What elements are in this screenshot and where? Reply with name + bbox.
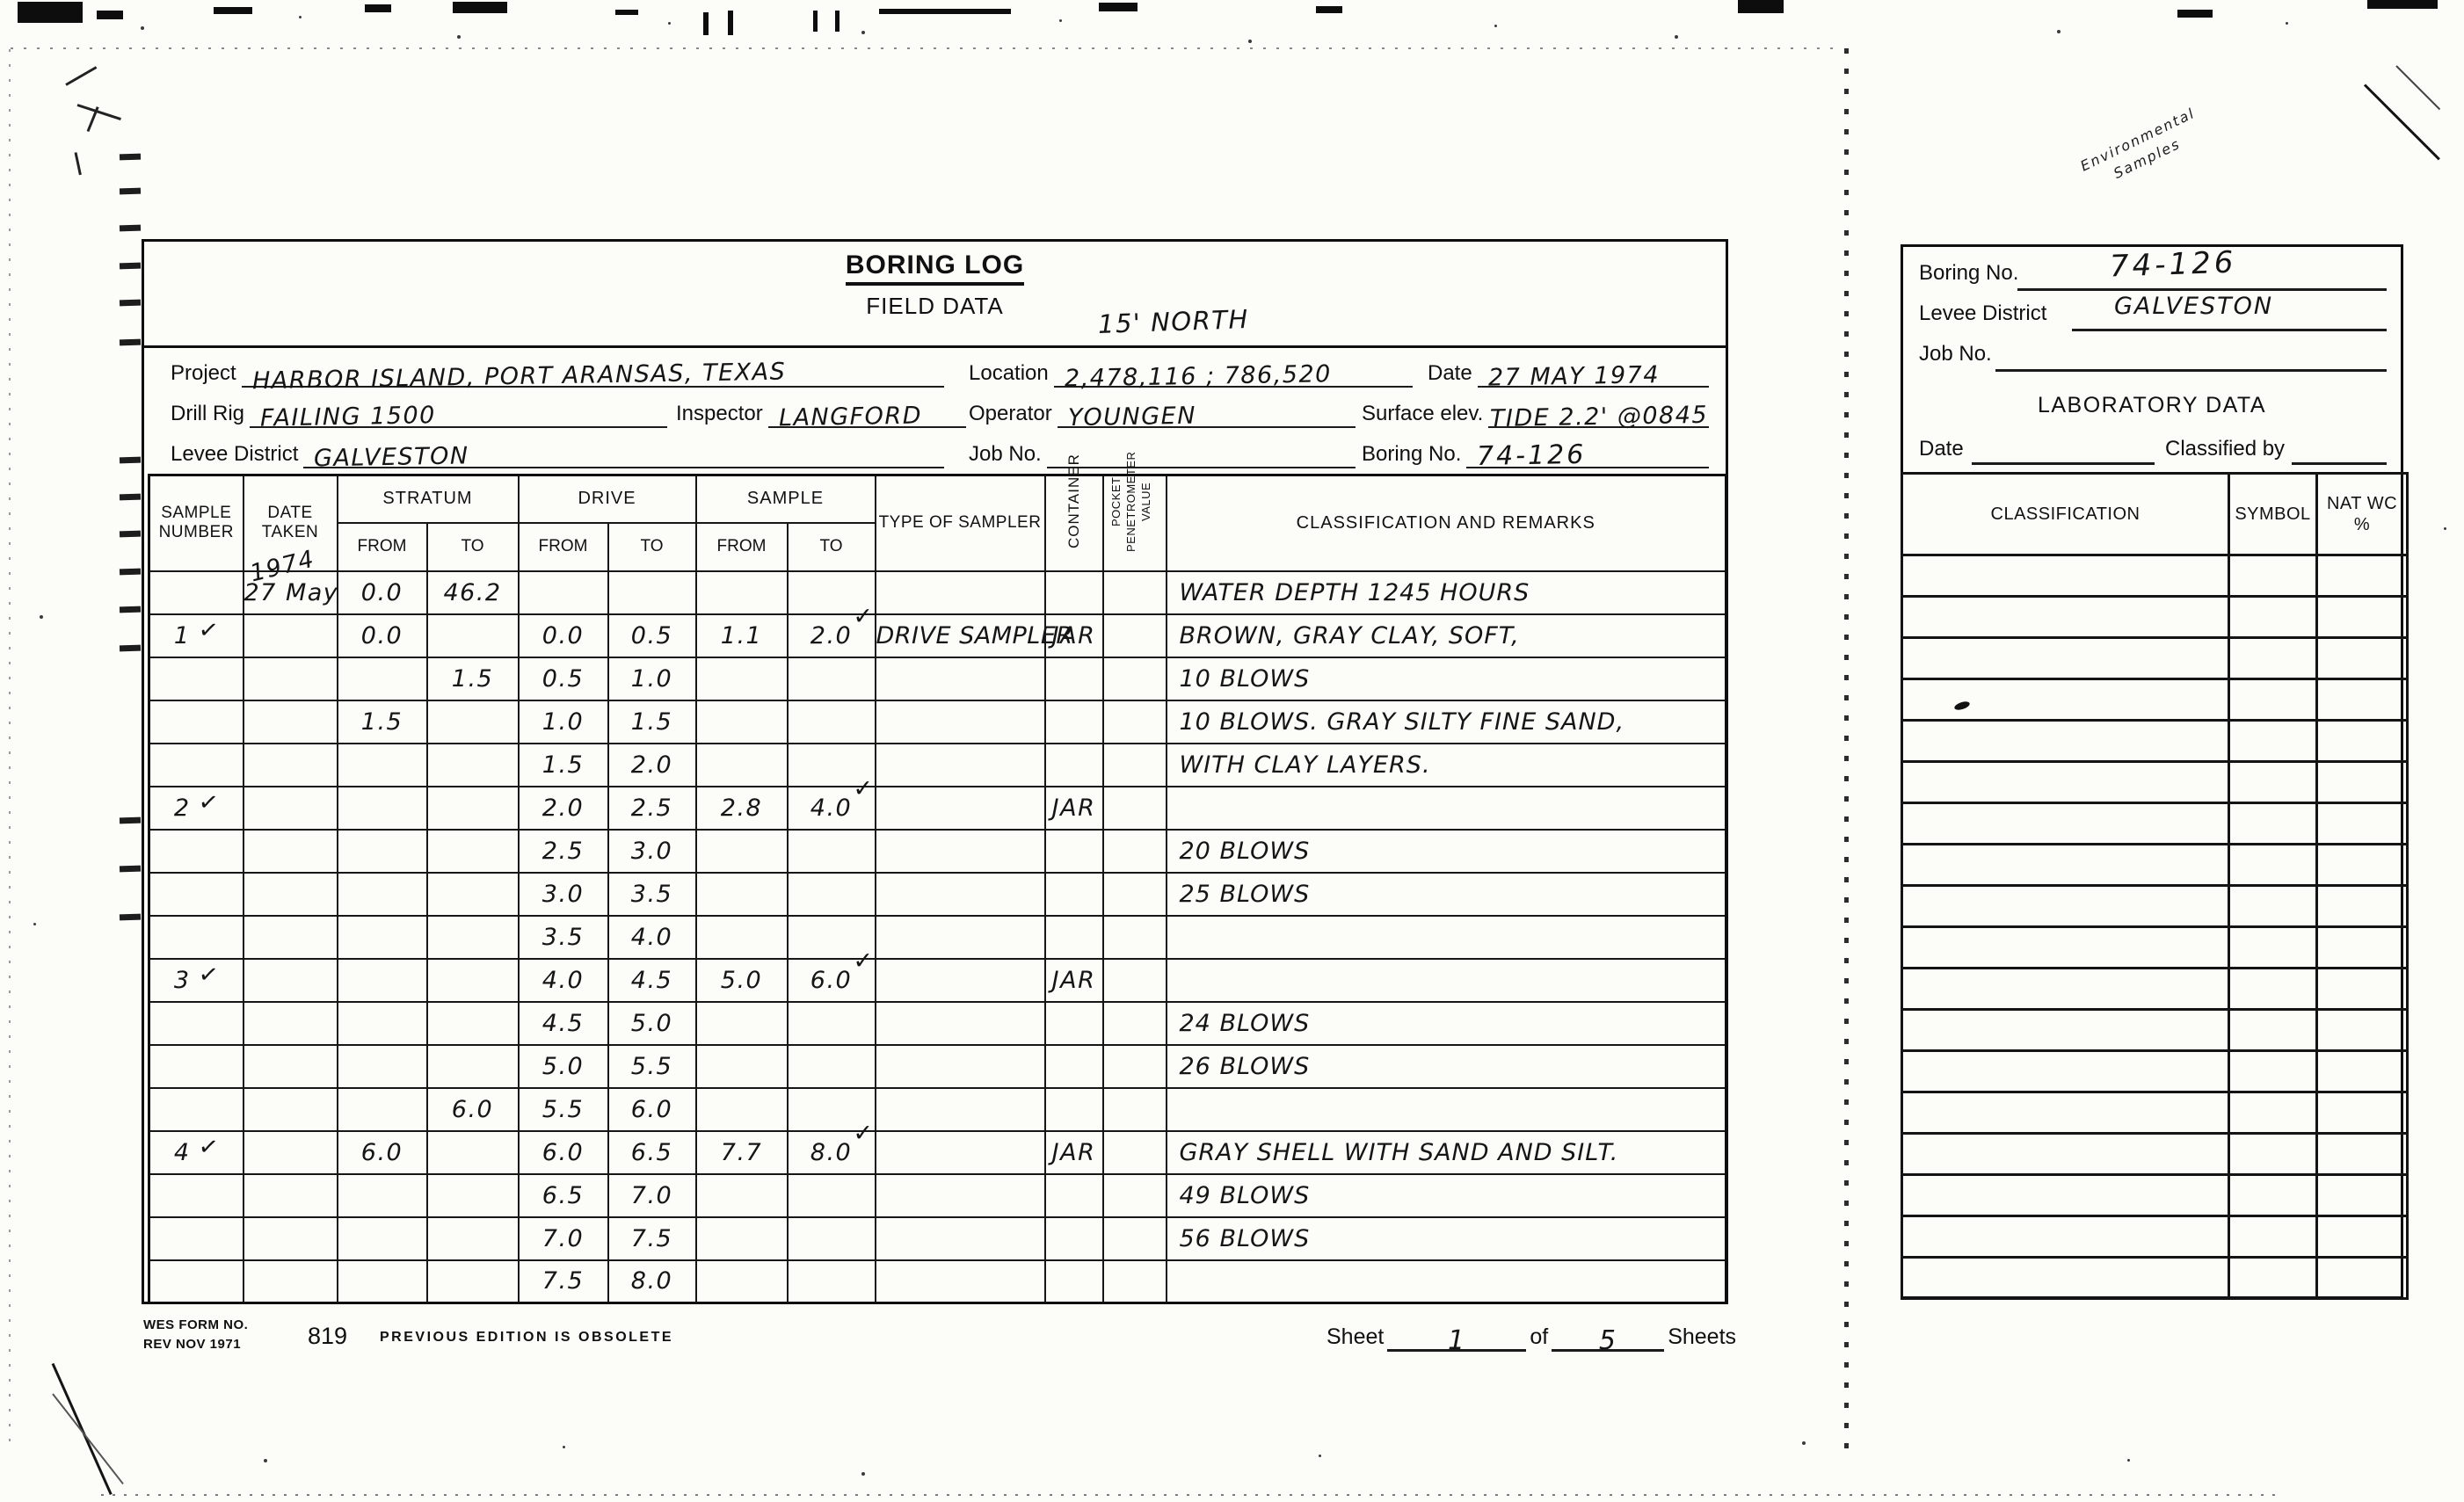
cell-stratum-to [427, 1260, 519, 1303]
cell-stratum-to [427, 1217, 519, 1260]
cell-sample-to [788, 1217, 876, 1260]
cell-drive-from-text: 7.5 [542, 1267, 584, 1295]
cell-sample-number [149, 916, 243, 959]
cell-stratum-from: 6.0 [338, 1131, 427, 1174]
lab-cell-symbol [2229, 1010, 2317, 1051]
rp-levee-district-label: Levee District [1919, 301, 2046, 326]
pocket-penetrometer-vertical-label: POCKET PENETROMETER VALUE [1109, 437, 1160, 567]
cell-drive-from-text: 4.5 [542, 1010, 584, 1037]
col-header-date-taken: DATE TAKEN 1974 [243, 475, 338, 571]
lab-cell-natwc [2317, 1258, 2408, 1299]
lab-cell-classification [1902, 1258, 2229, 1299]
job-no-field: Job No. [969, 430, 1356, 468]
sample-to-header: TO [788, 523, 876, 571]
lab-cell-natwc [2317, 721, 2408, 762]
col-header-sample-number: SAMPLE NUMBER [149, 475, 243, 571]
cell-sample-from [696, 1088, 788, 1131]
cell-sample-number: 1✓ [149, 614, 243, 657]
boring-row: 1.51.01.510 BLOWS. GRAY SILTY FINE SAND, [149, 700, 1726, 744]
location-underline: 2,478,116 ; 786,520 [1054, 349, 1413, 388]
cell-sample-from [696, 1260, 788, 1303]
cell-classification-remarks-text: WATER DEPTH 1245 HOURS [1180, 579, 1530, 606]
rp-date-underline [1972, 435, 2155, 465]
cell-drive-to: 5.0 [608, 1002, 696, 1045]
cell-classification-remarks: 26 BLOWS [1167, 1045, 1726, 1088]
boring-row: 4.55.024 BLOWS [149, 1002, 1726, 1045]
cell-drive-to-text: 1.0 [631, 665, 672, 693]
rp-date-label: Date [1919, 437, 1964, 461]
cell-container [1045, 1002, 1103, 1045]
date-field: Date 27 MAY 1974 [1428, 349, 1709, 388]
boring-log-form: BORING LOG FIELD DATA 15' NORTH Project … [142, 239, 1728, 1304]
date-value: 27 MAY 1974 [1477, 361, 1660, 392]
cell-classification-remarks-text: 10 BLOWS. GRAY SILTY FINE SAND, [1180, 708, 1625, 736]
cell-drive-from: 4.0 [519, 959, 608, 1002]
form-header: BORING LOG FIELD DATA [144, 250, 1726, 320]
cell-stratum-from [338, 1045, 427, 1088]
lab-cell-natwc [2317, 1134, 2408, 1175]
cell-classification-remarks: 49 BLOWS [1167, 1174, 1726, 1217]
cell-classification-remarks: GRAY SHELL WITH SAND AND SILT. [1167, 1131, 1726, 1174]
scan-speckle [2057, 30, 2061, 33]
cell-drive-to-text: 1.5 [631, 708, 672, 736]
scan-speckle [2444, 527, 2446, 530]
cell-sample-from [696, 700, 788, 744]
cell-sample-from: 2.8 [696, 787, 788, 830]
cell-stratum-to [427, 873, 519, 916]
scan-speckle [1319, 1455, 1321, 1457]
scan-artifact [120, 494, 141, 501]
cell-classification-remarks [1167, 1088, 1726, 1131]
boring-row: 3.03.525 BLOWS [149, 873, 1726, 916]
cell-drive-from: 0.0 [519, 614, 608, 657]
boring-row: 2.53.020 BLOWS [149, 830, 1726, 873]
cell-drive-from: 7.0 [519, 1217, 608, 1260]
scan-speckle [457, 35, 461, 39]
cell-classification-remarks-text: WITH CLAY LAYERS. [1180, 751, 1431, 779]
cell-sample-from [696, 1174, 788, 1217]
boring-row: 6.05.56.0 [149, 1088, 1726, 1131]
date-label: Date [1428, 361, 1478, 388]
cell-drive-to-text: 4.0 [631, 924, 672, 951]
lab-cell-symbol [2229, 1092, 2317, 1134]
cell-drive-to: 6.0 [608, 1088, 696, 1131]
lab-cell-symbol [2229, 845, 2317, 886]
cell-sample-number [149, 1045, 243, 1088]
lab-cell-classification [1902, 1092, 2229, 1134]
cell-sample-number [149, 744, 243, 787]
drill-rig-value: FAILING 1500 [250, 402, 436, 432]
col-header-classification-remarks: CLASSIFICATION AND REMARKS [1167, 475, 1726, 571]
cell-pocket-value [1103, 744, 1167, 787]
cell-drive-to: 1.5 [608, 700, 696, 744]
scan-speckle [264, 1459, 267, 1462]
lab-row [1902, 597, 2408, 638]
sheet-no-underline: 1 [1387, 1315, 1526, 1352]
cell-classification-remarks: BROWN, GRAY CLAY, SOFT, [1167, 614, 1726, 657]
cell-stratum-from [338, 744, 427, 787]
lab-row [1902, 927, 2408, 969]
cell-drive-from-text: 0.5 [542, 665, 584, 693]
boring-row: 3✓4.04.55.06.0✓JAR [149, 959, 1726, 1002]
cell-sample-from [696, 830, 788, 873]
job-no-label: Job No. [969, 442, 1047, 468]
cell-sample-from [696, 744, 788, 787]
boring-no-underline: 74-126 [1466, 430, 1709, 468]
cell-container [1045, 1088, 1103, 1131]
sheet-label: Sheet [1323, 1324, 1387, 1352]
cell-sample-from [696, 571, 788, 614]
lab-cell-classification [1902, 927, 2229, 969]
surface-elev-value: TIDE 2.2' @0845 [1488, 402, 1709, 432]
scan-artifact [1316, 6, 1342, 13]
scan-speckle [668, 22, 671, 25]
lab-row [1902, 679, 2408, 721]
cell-drive-from: 2.0 [519, 787, 608, 830]
col-header-container: CONTAINER [1045, 475, 1103, 571]
scan-speckle [861, 31, 865, 34]
job-no-underline [1047, 430, 1356, 468]
cell-drive-from-text: 6.0 [542, 1139, 584, 1166]
cell-sample-from-text: 5.0 [721, 967, 762, 994]
cell-container: JAR [1045, 614, 1103, 657]
boring-no-label: Boring No. [1362, 442, 1466, 468]
location-annotation: 15' NORTH [1097, 304, 1249, 339]
project-field: Project HARBOR ISLAND, PORT ARANSAS, TEX… [171, 349, 944, 388]
cell-drive-to [608, 571, 696, 614]
scan-artifact [365, 4, 391, 12]
cell-drive-to: 1.0 [608, 657, 696, 700]
cell-pocket-value [1103, 571, 1167, 614]
scan-artifact [18, 2, 83, 23]
cell-drive-from: 3.5 [519, 916, 608, 959]
cell-drive-from: 6.0 [519, 1131, 608, 1174]
tick-mark: ✓ [853, 947, 874, 975]
lab-cell-classification [1902, 886, 2229, 927]
cell-sample-from: 7.7 [696, 1131, 788, 1174]
scan-artifact [97, 11, 123, 19]
cell-drive-from-text: 1.5 [542, 751, 584, 779]
surface-elev-underline: TIDE 2.2' @0845 [1488, 389, 1709, 428]
cell-pocket-value [1103, 614, 1167, 657]
scan-speckle [2286, 22, 2288, 25]
boring-row: 4✓6.06.06.57.78.0✓JARGRAY SHELL WITH SAN… [149, 1131, 1726, 1174]
cell-drive-from: 2.5 [519, 830, 608, 873]
scanned-boring-log-page: BORING LOG FIELD DATA 15' NORTH Project … [0, 0, 2464, 1502]
cell-classification-remarks-text: 20 BLOWS [1180, 838, 1311, 865]
boring-row: 7.58.0 [149, 1260, 1726, 1303]
operator-value: YOUNGEN [1057, 403, 1196, 432]
cell-stratum-to [427, 830, 519, 873]
lab-row [1902, 638, 2408, 679]
cell-drive-to: 7.5 [608, 1217, 696, 1260]
cell-sample-number-text: 3 [174, 967, 191, 994]
cell-drive-from-text: 5.0 [542, 1053, 584, 1080]
cell-sample-to [788, 830, 876, 873]
cell-drive-from: 1.5 [519, 744, 608, 787]
ink-mark [1953, 700, 1971, 711]
cell-stratum-to [427, 700, 519, 744]
cell-drive-to: 2.5 [608, 787, 696, 830]
cell-pocket-value [1103, 959, 1167, 1002]
rp-classified-by-label: Classified by [2165, 437, 2285, 461]
boring-no-field: Boring No. 74-126 [1362, 430, 1709, 468]
cell-sample-number [149, 1260, 243, 1303]
lab-cell-natwc [2317, 762, 2408, 803]
form-subtitle: FIELD DATA [144, 293, 1726, 320]
lab-col-symbol: SYMBOL [2229, 474, 2317, 555]
sample-from-header: FROM [696, 523, 788, 571]
drive-from-header: FROM [519, 523, 608, 571]
operator-field: Operator YOUNGEN [969, 389, 1356, 428]
cell-type-of-sampler [876, 959, 1045, 1002]
cell-stratum-from [338, 1002, 427, 1045]
container-vertical-label: CONTAINER [1065, 435, 1083, 567]
cell-date-taken [243, 1088, 338, 1131]
cell-stratum-to [427, 787, 519, 830]
cell-stratum-from [338, 787, 427, 830]
lab-cell-symbol [2229, 597, 2317, 638]
cell-drive-from-text: 0.0 [542, 622, 584, 649]
cell-drive-to: 3.5 [608, 873, 696, 916]
cell-pocket-value [1103, 916, 1167, 959]
inspector-field: Inspector LANGFORD [676, 389, 966, 428]
cell-drive-to-text: 6.0 [631, 1096, 672, 1123]
col-header-stratum: STRATUM [338, 475, 519, 523]
boring-data-table: SAMPLE NUMBER DATE TAKEN 1974 STRATUM DR… [148, 474, 1727, 1304]
cell-date-taken [243, 744, 338, 787]
rp-boring-no-label: Boring No. [1919, 261, 2018, 286]
form-no-rev: REV NOV 1971 [143, 1335, 248, 1354]
cell-container [1045, 1045, 1103, 1088]
cell-type-of-sampler [876, 1131, 1045, 1174]
lab-cell-symbol [2229, 721, 2317, 762]
cell-drive-to-text: 3.5 [631, 881, 672, 908]
rp-job-no-underline [1995, 340, 2387, 372]
lab-cell-classification [1902, 803, 2229, 845]
lab-row [1902, 969, 2408, 1010]
boring-row: 7.07.556 BLOWS [149, 1217, 1726, 1260]
sheets-label: Sheets [1664, 1324, 1740, 1352]
cell-drive-to: 6.5 [608, 1131, 696, 1174]
cell-type-of-sampler [876, 873, 1045, 916]
cell-sample-to-text: 2.0 [810, 622, 852, 649]
cell-drive-from-text: 6.5 [542, 1182, 584, 1209]
cell-drive-from: 3.0 [519, 873, 608, 916]
cell-sample-number [149, 700, 243, 744]
lab-row [1902, 1216, 2408, 1258]
cell-container [1045, 657, 1103, 700]
lab-cell-natwc [2317, 597, 2408, 638]
cell-stratum-from-text: 0.0 [361, 579, 403, 606]
cell-pocket-value [1103, 1045, 1167, 1088]
cell-sample-number [149, 1174, 243, 1217]
form-number: 819 [308, 1323, 347, 1350]
lab-cell-natwc [2317, 1051, 2408, 1092]
cell-classification-remarks [1167, 1260, 1726, 1303]
scan-page-edge-bottom [101, 1494, 2281, 1496]
drive-to-header: TO [608, 523, 696, 571]
lab-cell-classification [1902, 721, 2229, 762]
cell-sample-to [788, 873, 876, 916]
levee-district-value: GALVESTON [303, 442, 469, 472]
of-label: of [1526, 1324, 1552, 1352]
scan-artifact [75, 152, 82, 175]
form-no-label: WES FORM NO. [143, 1316, 248, 1335]
cell-date-taken [243, 1002, 338, 1045]
cell-container-text: JAR [1052, 1139, 1096, 1166]
cell-date-taken [243, 873, 338, 916]
scan-speckle [299, 16, 302, 18]
scan-speckle [141, 26, 144, 30]
cell-classification-remarks [1167, 959, 1726, 1002]
cell-classification-remarks-text: GRAY SHELL WITH SAND AND SILT. [1180, 1139, 1619, 1166]
boring-row: 6.57.049 BLOWS [149, 1174, 1726, 1217]
lab-cell-natwc [2317, 886, 2408, 927]
lab-cell-natwc [2317, 969, 2408, 1010]
laboratory-data-title: LABORATORY DATA [1903, 393, 2401, 418]
cell-drive-to-text: 3.0 [631, 838, 672, 865]
cell-stratum-from-text: 6.0 [361, 1139, 403, 1166]
cell-sample-to: 8.0✓ [788, 1131, 876, 1174]
cell-classification-remarks [1167, 916, 1726, 959]
cell-type-of-sampler-text: DRIVE SAMPLER [876, 622, 1073, 649]
cell-stratum-to [427, 1045, 519, 1088]
levee-district-underline: GALVESTON [303, 430, 944, 468]
scan-artifact [120, 263, 141, 270]
cell-pocket-value [1103, 700, 1167, 744]
lab-cell-symbol [2229, 762, 2317, 803]
lab-cell-classification [1902, 1051, 2229, 1092]
cell-type-of-sampler: DRIVE SAMPLER [876, 614, 1045, 657]
lab-cell-natwc [2317, 638, 2408, 679]
check-mark: ✓ [196, 615, 221, 645]
cell-container [1045, 1217, 1103, 1260]
col-header-drive: DRIVE [519, 475, 696, 523]
cell-drive-to: 5.5 [608, 1045, 696, 1088]
scan-artifact [120, 339, 141, 346]
cell-type-of-sampler [876, 744, 1045, 787]
cell-date-taken [243, 959, 338, 1002]
boring-row: 5.05.526 BLOWS [149, 1045, 1726, 1088]
cell-classification-remarks-text: 56 BLOWS [1180, 1225, 1311, 1252]
form-number-block: WES FORM NO. REV NOV 1971 [143, 1316, 248, 1354]
cell-drive-to: 7.0 [608, 1174, 696, 1217]
cell-sample-to [788, 700, 876, 744]
cell-date-taken [243, 657, 338, 700]
header-row-groups: SAMPLE NUMBER DATE TAKEN 1974 STRATUM DR… [149, 475, 1726, 523]
cell-classification-remarks: WATER DEPTH 1245 HOURS [1167, 571, 1726, 614]
scan-artifact [214, 7, 252, 14]
lab-row [1902, 886, 2408, 927]
cell-container [1045, 830, 1103, 873]
cell-type-of-sampler [876, 1260, 1045, 1303]
inspector-value: LANGFORD [767, 402, 921, 432]
scan-speckle [1494, 25, 1497, 27]
cell-type-of-sampler [876, 787, 1045, 830]
cell-sample-from-text: 2.8 [721, 795, 762, 822]
col-header-pocket-penetrometer: POCKET PENETROMETER VALUE [1103, 475, 1167, 571]
scan-artifact [879, 9, 1011, 14]
boring-row: 2✓2.02.52.84.0✓JAR [149, 787, 1726, 830]
scan-artifact [703, 12, 709, 35]
check-mark: ✓ [196, 1132, 221, 1162]
cell-classification-remarks-text: 49 BLOWS [1180, 1182, 1311, 1209]
scan-speckle [2127, 1459, 2130, 1462]
scan-artifact [1738, 0, 1784, 13]
cell-stratum-from [338, 830, 427, 873]
cell-container-text: JAR [1052, 967, 1096, 994]
cell-pocket-value [1103, 1260, 1167, 1303]
tick-mark: ✓ [853, 775, 874, 802]
lab-cell-symbol [2229, 555, 2317, 597]
lab-cell-symbol [2229, 803, 2317, 845]
scan-artifact [120, 914, 141, 921]
rp-boring-no-value: 74-126 [2109, 244, 2237, 284]
cell-sample-from [696, 1002, 788, 1045]
cell-sample-number: 2✓ [149, 787, 243, 830]
boring-row: 1.52.0WITH CLAY LAYERS. [149, 744, 1726, 787]
cell-drive-from [519, 571, 608, 614]
cell-date-taken: 27 May [243, 571, 338, 614]
field-row-2: Drill Rig FAILING 1500 Inspector LANGFOR… [144, 389, 1726, 430]
cell-stratum-to [427, 614, 519, 657]
cell-sample-to [788, 1174, 876, 1217]
cell-drive-from: 6.5 [519, 1174, 608, 1217]
lab-cell-classification [1902, 555, 2229, 597]
sheet-no-value: 1 [1448, 1325, 1466, 1356]
lab-row [1902, 555, 2408, 597]
scan-artifact [835, 11, 840, 32]
cell-drive-to-text: 7.5 [631, 1225, 672, 1252]
cell-drive-from-text: 3.0 [542, 881, 584, 908]
cell-sample-number-text: 4 [174, 1139, 191, 1166]
levee-district-field: Levee District GALVESTON [171, 430, 944, 468]
scan-speckle [563, 1446, 565, 1448]
scan-speckle [40, 615, 43, 619]
cell-container [1045, 916, 1103, 959]
cell-drive-from: 7.5 [519, 1260, 608, 1303]
lab-cell-classification [1902, 597, 2229, 638]
scan-artifact [453, 2, 507, 13]
cell-sample-to: 4.0✓ [788, 787, 876, 830]
cell-sample-number-text: 1 [174, 622, 191, 649]
cell-classification-remarks: 10 BLOWS [1167, 657, 1726, 700]
cell-stratum-from [338, 1174, 427, 1217]
scan-artifact [2367, 0, 2438, 9]
lab-row [1902, 803, 2408, 845]
header-divider [144, 345, 1726, 348]
scan-artifact [728, 11, 733, 35]
lab-cell-symbol [2229, 886, 2317, 927]
check-mark: ✓ [196, 787, 221, 817]
cell-sample-number [149, 1217, 243, 1260]
cell-sample-to-text: 8.0 [810, 1139, 852, 1166]
cell-stratum-to [427, 959, 519, 1002]
boring-row: 3.54.0 [149, 916, 1726, 959]
cell-pocket-value [1103, 830, 1167, 873]
cell-drive-to-text: 6.5 [631, 1139, 672, 1166]
cell-stratum-from-text: 1.5 [361, 708, 403, 736]
cell-drive-to-text: 2.5 [631, 795, 672, 822]
lab-cell-classification [1902, 1216, 2229, 1258]
cell-pocket-value [1103, 1002, 1167, 1045]
cell-date-taken-text: 27 May [244, 579, 339, 606]
cell-stratum-to [427, 1002, 519, 1045]
cell-sample-to [788, 657, 876, 700]
cell-classification-remarks: 56 BLOWS [1167, 1217, 1726, 1260]
cell-type-of-sampler [876, 700, 1045, 744]
